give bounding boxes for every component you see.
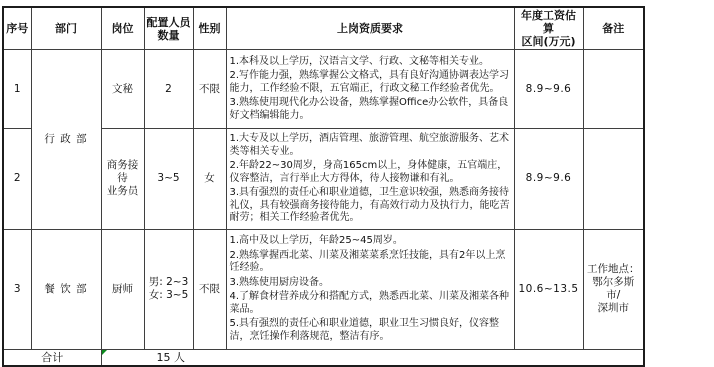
- table-row: 3 餐 饮 部 厨师 男: 2~3 女: 3~5 不限 1.高中及以上学历，年龄…: [3, 229, 644, 349]
- cell-salary-range: 8.9~9.6: [514, 129, 583, 230]
- total-value: 15 人: [101, 349, 644, 366]
- cell-headcount: 3~5: [144, 129, 193, 230]
- cell-requirements: 1.高中及以上学历，年龄25~45周岁。 2.熟练掌握西北菜、川菜及湘菜菜系烹饪…: [226, 229, 514, 349]
- cell-position: 厨师: [101, 229, 144, 349]
- cell-department: 餐 饮 部: [31, 229, 101, 349]
- cell-remark: 工作地点： 鄂尔多斯市/ 深圳市: [583, 229, 644, 349]
- header-row: 序号 部门 岗位 配置人员 数量 性别 上岗资质要求 年度工资估算 区间(万元)…: [3, 7, 644, 50]
- header-headcount: 配置人员 数量: [144, 7, 193, 50]
- requirement-item: 1.大专及以上学历，酒店管理、旅游管理、航空旅游服务、艺术类等相关专业。: [230, 133, 510, 158]
- cell-salary-range: 8.9~9.6: [514, 50, 583, 129]
- cell-headcount: 男: 2~3 女: 3~5: [144, 229, 193, 349]
- document-sheet: 序号 部门 岗位 配置人员 数量 性别 上岗资质要求 年度工资估算 区间(万元)…: [2, 6, 648, 367]
- header-requirements: 上岗资质要求: [226, 7, 514, 50]
- total-row: 合计 15 人: [3, 349, 644, 366]
- cell-position: 文秘: [101, 50, 144, 129]
- table-row: 1 行 政 部 文秘 2 不限 1.本科及以上学历，汉语言文学、行政、文秘等相关…: [3, 50, 644, 129]
- requirement-item: 5.具有强烈的责任心和职业道德，职业卫生习惯良好，仪容整洁，烹饪操作利落规范，整…: [230, 318, 510, 343]
- cell-department: 行 政 部: [31, 50, 101, 230]
- cell-corner-marker-icon: [102, 350, 107, 355]
- cell-salary-range: 10.6~13.5: [514, 229, 583, 349]
- requirement-item: 3.熟练使用厨房设备。: [230, 277, 510, 290]
- cell-seq: 2: [3, 129, 31, 230]
- requirement-item: 2.年龄22~30周岁，身高165cm以上，身体健康，五官端庄，仪容整洁，言行举…: [230, 160, 510, 185]
- requirement-item: 2.熟练掌握西北菜、川菜及湘菜菜系烹饪技能，具有2年以上烹饪经验。: [230, 250, 510, 275]
- recruitment-table: 序号 部门 岗位 配置人员 数量 性别 上岗资质要求 年度工资估算 区间(万元)…: [2, 6, 645, 367]
- header-remark: 备注: [583, 7, 644, 50]
- header-salary-range: 年度工资估算 区间(万元): [514, 7, 583, 50]
- cell-remark: [583, 50, 644, 129]
- cell-requirements: 1.大专及以上学历，酒店管理、旅游管理、航空旅游服务、艺术类等相关专业。 2.年…: [226, 129, 514, 230]
- cell-gender: 不限: [193, 50, 226, 129]
- requirement-item: 1.高中及以上学历，年龄25~45周岁。: [230, 235, 510, 248]
- cell-gender: 女: [193, 129, 226, 230]
- cell-headcount: 2: [144, 50, 193, 129]
- cell-requirements: 1.本科及以上学历，汉语言文学、行政、文秘等相关专业。 2.写作能力强，熟练掌握…: [226, 50, 514, 129]
- total-label: 合计: [3, 349, 101, 366]
- requirement-item: 1.本科及以上学历，汉语言文学、行政、文秘等相关专业。: [230, 56, 510, 69]
- requirement-item: 3.熟练使用现代化办公设备，熟练掌握Office办公软件，具备良好文档编辑能力。: [230, 97, 510, 122]
- requirement-item: 4.了解食材营养成分和搭配方式，熟悉西北菜、川菜及湘菜各种菜品。: [230, 291, 510, 316]
- cell-seq: 1: [3, 50, 31, 129]
- header-position: 岗位: [101, 7, 144, 50]
- header-seq: 序号: [3, 7, 31, 50]
- requirement-item: 3.具有强烈的责任心和职业道德，卫生意识较强，熟悉商务接待礼仪，具有较强商务接待…: [230, 187, 510, 225]
- requirement-item: 2.写作能力强，熟练掌握公文格式，具有良好沟通协调表达学习能力，工作经验不限，五…: [230, 70, 510, 95]
- cell-gender: 不限: [193, 229, 226, 349]
- cell-remark: [583, 129, 644, 230]
- header-department: 部门: [31, 7, 101, 50]
- cell-position: 商务接待 业务员: [101, 129, 144, 230]
- total-value-text: 15 人: [157, 351, 186, 364]
- header-gender: 性别: [193, 7, 226, 50]
- cell-seq: 3: [3, 229, 31, 349]
